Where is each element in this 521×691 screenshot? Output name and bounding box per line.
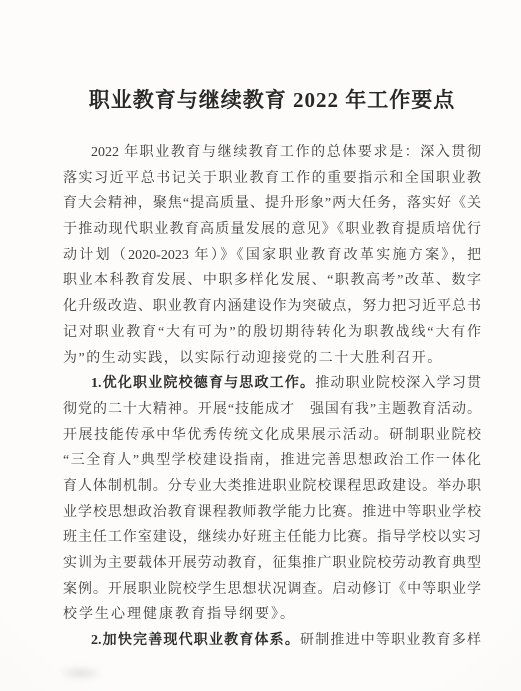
text-line: 育大会精神，聚焦“提高质量、提升形象”两大任务，落实好《关 xyxy=(63,191,481,217)
section-1-heading: 1.优化职业院校德育与思政工作。 xyxy=(91,376,315,391)
section-1-heading-line: 1.优化职业院校德育与思政工作。推动职业院校深入学习贯 xyxy=(63,371,481,397)
scan-smudge-artifact xyxy=(58,666,104,680)
text-line: 校学生心理健康教育指导纲要》。 xyxy=(63,602,481,628)
text-line: 于推动现代职业教育高质量发展的意见》《职业教育提质培优行 xyxy=(63,217,481,243)
text-line: 案例。开展职业院校学生思想状况调查。启动修订《中等职业学 xyxy=(63,577,481,603)
text-line: “三全育人”典型学校建设指南，推进完善思想政治工作一体化 xyxy=(63,448,481,474)
text-line: 化升级改造、职业教育内涵建设作为突破点，努力把习近平总书 xyxy=(63,294,481,320)
text-line: 彻党的二十大精神。开展“技能成才 强国有我”主题教育活动。 xyxy=(63,397,481,423)
text-line: 实训为主要载体开展劳动教育，征集推广职业院校劳动教育典型 xyxy=(63,551,481,577)
text-line: 育人体制机制。分专业大类推进职业院校课程思政建设。举办职 xyxy=(63,474,481,500)
section-2-heading-line: 2.加快完善现代职业教育体系。研制推进中等职业教育多样 xyxy=(63,628,481,654)
scanned-document-page: 职业教育与继续教育 2022 年工作要点 2022 年职业教育与继续教育工作的总… xyxy=(0,0,521,691)
document-content: 职业教育与继续教育 2022 年工作要点 2022 年职业教育与继续教育工作的总… xyxy=(63,0,481,654)
section-1-heading-tail: 推动职业院校深入学习贯 xyxy=(315,376,481,391)
text-line: 动计划（2020-2023 年）》《国家职业教育改革实施方案》，把 xyxy=(63,243,481,269)
text-line: 2022 年职业教育与继续教育工作的总体要求是：深入贯彻 xyxy=(63,140,481,166)
document-title: 职业教育与继续教育 2022 年工作要点 xyxy=(63,86,481,114)
text-line: 班主任工作室建设，继续办好班主任能力比赛。指导学校以实习 xyxy=(63,525,481,551)
text-line: 记对职业教育“大有可为”的殷切期待转化为职教战线“大有作 xyxy=(63,320,481,346)
text-line: 开展技能传承中华优秀传统文化成果展示活动。研制职业院校 xyxy=(63,423,481,449)
section-2-heading-tail: 研制推进中等职业教育多样 xyxy=(300,633,481,648)
text-line: 业学校思想政治教育课程教师教学能力比赛。推进中等职业学校 xyxy=(63,500,481,526)
document-body: 2022 年职业教育与继续教育工作的总体要求是：深入贯彻 落实习近平总书记关于职… xyxy=(63,140,481,654)
text-line: 为”的生动实践，以实际行动迎接党的二十大胜利召开。 xyxy=(63,346,481,372)
text-line: 落实习近平总书记关于职业教育工作的重要指示和全国职业教 xyxy=(63,166,481,192)
text-line: 职业本科教育发展、中职多样化发展、“职教高考”改革、数字 xyxy=(63,268,481,294)
section-2-heading: 2.加快完善现代职业教育体系。 xyxy=(91,633,300,648)
